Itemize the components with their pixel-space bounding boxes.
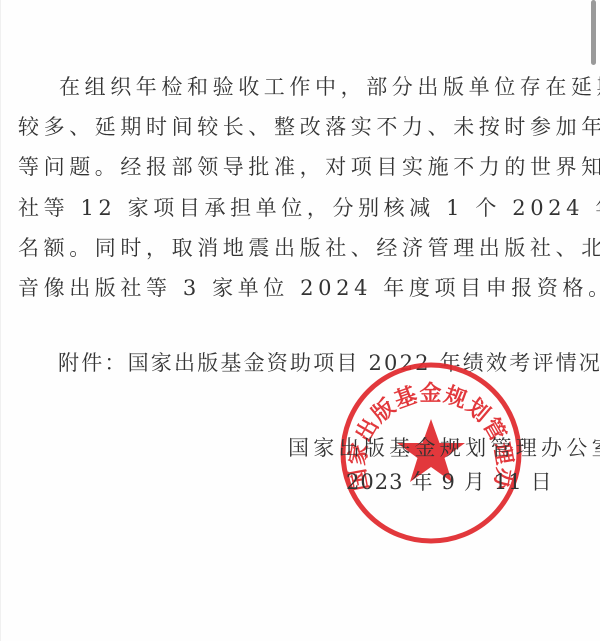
date-year-unit: 年 <box>411 470 433 494</box>
date-month-unit: 月 <box>464 470 486 494</box>
paragraph-line-5: 名额。同时，取消地震出版社、经济管理出版社、北京科影 <box>18 228 550 268</box>
date-year: 2023 <box>346 470 403 494</box>
paragraph-line-4: 社等 12 家项目承担单位，分别核减 1 个 2024 年度项目申报 <box>18 188 550 228</box>
date-day: 11 <box>494 470 523 494</box>
paragraph-line-2: 较多、延期时间较长、整改落实不力、未按时参加年度检查 <box>18 107 550 147</box>
document-page: 在组织年检和验收工作中，部分出版单位存在延期项目 较多、延期时间较长、整改落实不… <box>0 0 600 641</box>
date-month: 9 <box>441 470 455 494</box>
vertical-scrollbar[interactable] <box>591 0 596 65</box>
date-day-unit: 日 <box>531 470 553 494</box>
paragraph-line-1: 在组织年检和验收工作中，部分出版单位存在延期项目 <box>59 67 549 107</box>
paragraph-line-3: 等问题。经报部领导批准，对项目实施不力的世界知识出版 <box>18 147 550 187</box>
signature-date: 2023年9月11日 <box>346 462 561 502</box>
paragraph-line-6: 音像出版社等 3 家单位 2024 年度项目申报资格。 <box>18 268 550 308</box>
